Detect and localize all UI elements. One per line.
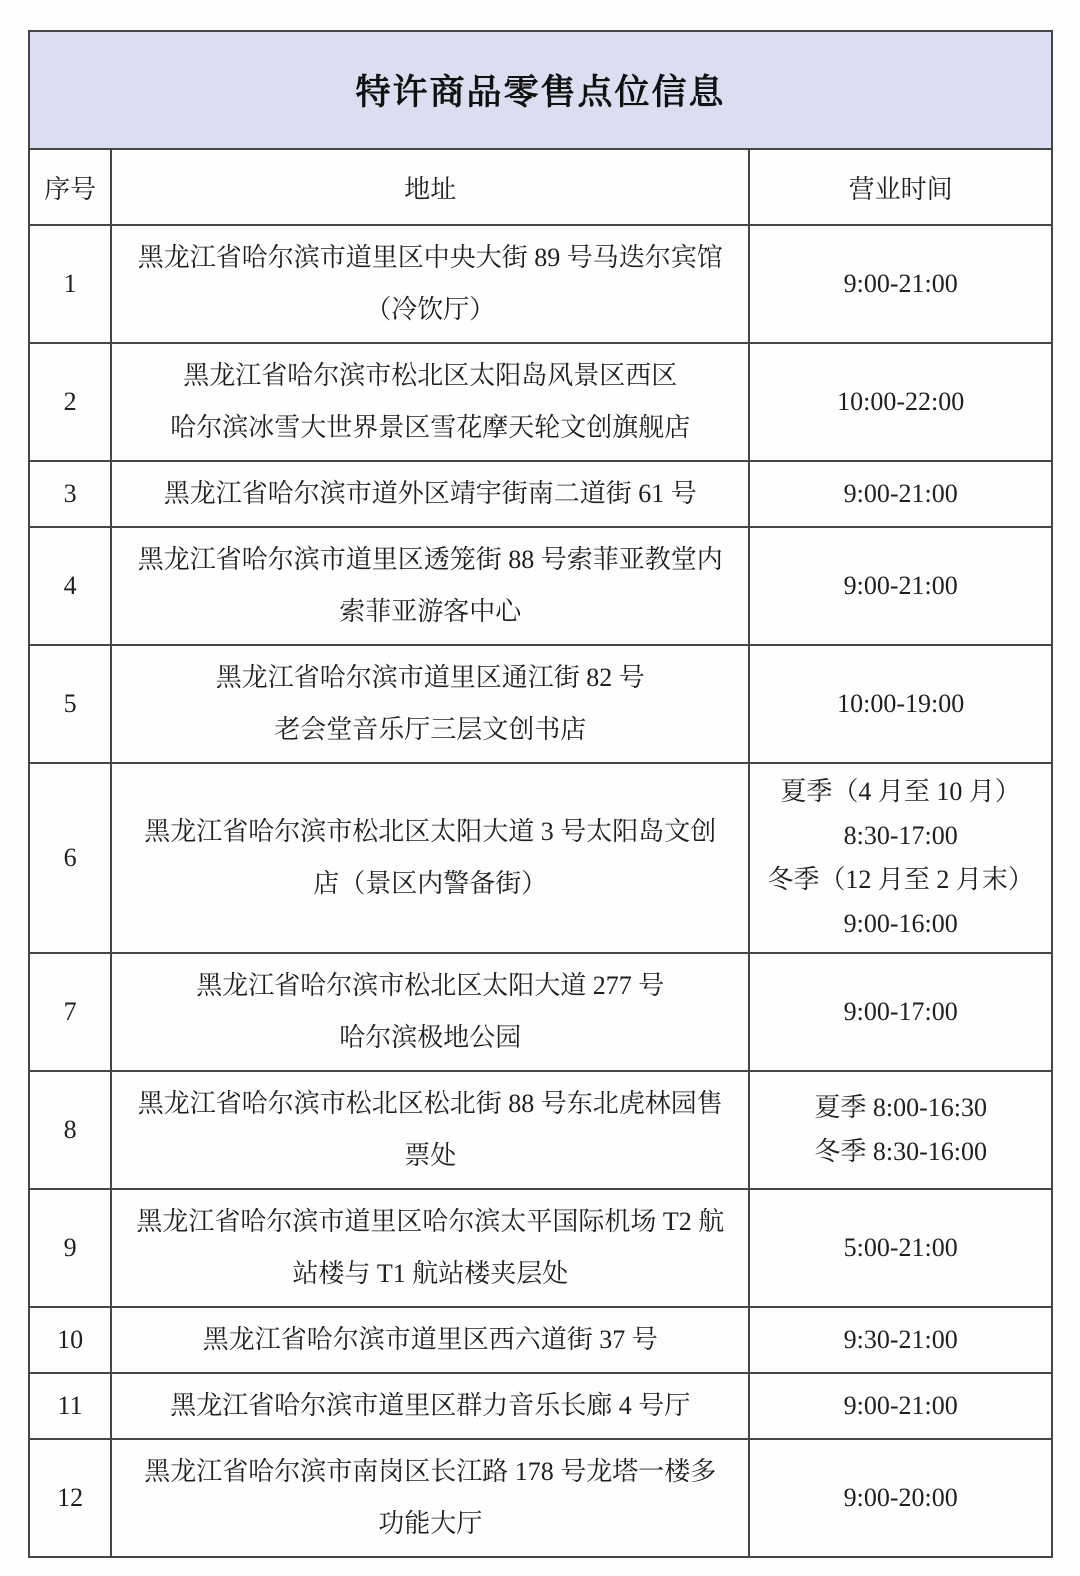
hours-line: 冬季（12 月至 2 月末） — [758, 858, 1043, 902]
row-number-cell: 9 — [29, 1189, 111, 1307]
table-row: 9黑龙江省哈尔滨市道里区哈尔滨太平国际机场 T2 航站楼与 T1 航站楼夹层处5… — [29, 1189, 1052, 1307]
column-header-address: 地址 — [111, 149, 749, 225]
address-cell: 黑龙江省哈尔滨市松北区太阳岛风景区西区哈尔滨冰雪大世界景区雪花摩天轮文创旗舰店 — [111, 343, 749, 461]
address-line: 店（景区内警备街） — [120, 858, 740, 910]
address-line: 黑龙江省哈尔滨市道外区靖宇街南二道街 61 号 — [120, 468, 740, 520]
address-line: 哈尔滨冰雪大世界景区雪花摩天轮文创旗舰店 — [120, 402, 740, 454]
hours-line: 10:00-19:00 — [758, 682, 1043, 726]
hours-cell: 9:00-17:00 — [749, 953, 1052, 1071]
hours-line: 冬季 8:30-16:00 — [758, 1130, 1043, 1174]
address-line: 黑龙江省哈尔滨市道里区通江街 82 号 — [120, 652, 740, 704]
hours-cell: 9:00-20:00 — [749, 1439, 1052, 1557]
hours-line: 9:00-21:00 — [758, 262, 1043, 306]
hours-line: 9:00-21:00 — [758, 1384, 1043, 1428]
address-cell: 黑龙江省哈尔滨市道里区群力音乐长廊 4 号厅 — [111, 1373, 749, 1439]
table-row: 5黑龙江省哈尔滨市道里区通江街 82 号老会堂音乐厅三层文创书店10:00-19… — [29, 645, 1052, 763]
hours-cell: 夏季（4 月至 10 月）8:30-17:00冬季（12 月至 2 月末）9:0… — [749, 763, 1052, 953]
hours-line: 夏季（4 月至 10 月） — [758, 770, 1043, 814]
address-line: 黑龙江省哈尔滨市道里区西六道街 37 号 — [120, 1314, 740, 1366]
page-title: 特许商品零售点位信息 — [29, 31, 1052, 149]
row-number-cell: 4 — [29, 527, 111, 645]
address-line: 老会堂音乐厅三层文创书店 — [120, 704, 740, 756]
address-line: 黑龙江省哈尔滨市松北区太阳大道 3 号太阳岛文创 — [120, 806, 740, 858]
hours-line: 9:30-21:00 — [758, 1318, 1043, 1362]
address-line: 索菲亚游客中心 — [120, 586, 740, 638]
row-number-cell: 11 — [29, 1373, 111, 1439]
address-line: 黑龙江省哈尔滨市南岗区长江路 178 号龙塔一楼多 — [120, 1446, 740, 1498]
address-cell: 黑龙江省哈尔滨市道里区哈尔滨太平国际机场 T2 航站楼与 T1 航站楼夹层处 — [111, 1189, 749, 1307]
hours-line: 9:00-16:00 — [758, 902, 1043, 946]
hours-cell: 9:00-21:00 — [749, 527, 1052, 645]
address-line: （冷饮厅） — [120, 284, 740, 336]
hours-line: 9:00-20:00 — [758, 1476, 1043, 1520]
address-line: 黑龙江省哈尔滨市道里区透笼街 88 号索菲亚教堂内 — [120, 534, 740, 586]
table-row: 6黑龙江省哈尔滨市松北区太阳大道 3 号太阳岛文创店（景区内警备街）夏季（4 月… — [29, 763, 1052, 953]
hours-line: 夏季 8:00-16:30 — [758, 1086, 1043, 1130]
column-header-row: 序号 地址 营业时间 — [29, 149, 1052, 225]
address-line: 功能大厅 — [120, 1498, 740, 1550]
hours-cell: 夏季 8:00-16:30冬季 8:30-16:00 — [749, 1071, 1052, 1189]
hours-cell: 10:00-22:00 — [749, 343, 1052, 461]
table-row: 10黑龙江省哈尔滨市道里区西六道街 37 号9:30-21:00 — [29, 1307, 1052, 1373]
table-row: 4黑龙江省哈尔滨市道里区透笼街 88 号索菲亚教堂内索菲亚游客中心9:00-21… — [29, 527, 1052, 645]
row-number-cell: 8 — [29, 1071, 111, 1189]
row-number-cell: 6 — [29, 763, 111, 953]
hours-line: 10:00-22:00 — [758, 380, 1043, 424]
column-header-hours: 营业时间 — [749, 149, 1052, 225]
address-cell: 黑龙江省哈尔滨市道里区西六道街 37 号 — [111, 1307, 749, 1373]
address-cell: 黑龙江省哈尔滨市松北区太阳大道 3 号太阳岛文创店（景区内警备街） — [111, 763, 749, 953]
address-line: 黑龙江省哈尔滨市松北区松北街 88 号东北虎林园售 — [120, 1078, 740, 1130]
hours-cell: 5:00-21:00 — [749, 1189, 1052, 1307]
address-line: 黑龙江省哈尔滨市道里区哈尔滨太平国际机场 T2 航 — [120, 1196, 740, 1248]
table-row: 3黑龙江省哈尔滨市道外区靖宇街南二道街 61 号9:00-21:00 — [29, 461, 1052, 527]
table-row: 11黑龙江省哈尔滨市道里区群力音乐长廊 4 号厅9:00-21:00 — [29, 1373, 1052, 1439]
table-row: 1黑龙江省哈尔滨市道里区中央大街 89 号马迭尔宾馆（冷饮厅）9:00-21:0… — [29, 225, 1052, 343]
address-cell: 黑龙江省哈尔滨市道里区中央大街 89 号马迭尔宾馆（冷饮厅） — [111, 225, 749, 343]
row-number-cell: 3 — [29, 461, 111, 527]
address-cell: 黑龙江省哈尔滨市道里区通江街 82 号老会堂音乐厅三层文创书店 — [111, 645, 749, 763]
hours-cell: 9:00-21:00 — [749, 1373, 1052, 1439]
table-row: 8黑龙江省哈尔滨市松北区松北街 88 号东北虎林园售票处夏季 8:00-16:3… — [29, 1071, 1052, 1189]
hours-line: 5:00-21:00 — [758, 1226, 1043, 1270]
address-cell: 黑龙江省哈尔滨市道外区靖宇街南二道街 61 号 — [111, 461, 749, 527]
hours-line: 9:00-21:00 — [758, 564, 1043, 608]
hours-cell: 9:00-21:00 — [749, 225, 1052, 343]
row-number-cell: 7 — [29, 953, 111, 1071]
row-number-cell: 1 — [29, 225, 111, 343]
table-row: 2黑龙江省哈尔滨市松北区太阳岛风景区西区哈尔滨冰雪大世界景区雪花摩天轮文创旗舰店… — [29, 343, 1052, 461]
title-row: 特许商品零售点位信息 — [29, 31, 1052, 149]
hours-line: 9:00-17:00 — [758, 990, 1043, 1034]
address-cell: 黑龙江省哈尔滨市南岗区长江路 178 号龙塔一楼多功能大厅 — [111, 1439, 749, 1557]
table-row: 7黑龙江省哈尔滨市松北区太阳大道 277 号哈尔滨极地公园9:00-17:00 — [29, 953, 1052, 1071]
hours-line: 9:00-21:00 — [758, 472, 1043, 516]
row-number-cell: 5 — [29, 645, 111, 763]
hours-cell: 9:00-21:00 — [749, 461, 1052, 527]
address-line: 黑龙江省哈尔滨市松北区太阳岛风景区西区 — [120, 350, 740, 402]
address-cell: 黑龙江省哈尔滨市道里区透笼街 88 号索菲亚教堂内索菲亚游客中心 — [111, 527, 749, 645]
column-header-no: 序号 — [29, 149, 111, 225]
address-line: 黑龙江省哈尔滨市道里区中央大街 89 号马迭尔宾馆 — [120, 232, 740, 284]
hours-cell: 9:30-21:00 — [749, 1307, 1052, 1373]
address-line: 哈尔滨极地公园 — [120, 1012, 740, 1064]
document-page: 特许商品零售点位信息 序号 地址 营业时间 1黑龙江省哈尔滨市道里区中央大街 8… — [0, 0, 1080, 1576]
address-line: 黑龙江省哈尔滨市道里区群力音乐长廊 4 号厅 — [120, 1380, 740, 1432]
hours-cell: 10:00-19:00 — [749, 645, 1052, 763]
row-number-cell: 10 — [29, 1307, 111, 1373]
retail-points-table: 特许商品零售点位信息 序号 地址 营业时间 1黑龙江省哈尔滨市道里区中央大街 8… — [28, 30, 1053, 1558]
row-number-cell: 2 — [29, 343, 111, 461]
address-line: 黑龙江省哈尔滨市松北区太阳大道 277 号 — [120, 960, 740, 1012]
hours-line: 8:30-17:00 — [758, 814, 1043, 858]
row-number-cell: 12 — [29, 1439, 111, 1557]
address-cell: 黑龙江省哈尔滨市松北区松北街 88 号东北虎林园售票处 — [111, 1071, 749, 1189]
address-line: 票处 — [120, 1130, 740, 1182]
address-cell: 黑龙江省哈尔滨市松北区太阳大道 277 号哈尔滨极地公园 — [111, 953, 749, 1071]
address-line: 站楼与 T1 航站楼夹层处 — [120, 1248, 740, 1300]
table-row: 12黑龙江省哈尔滨市南岗区长江路 178 号龙塔一楼多功能大厅9:00-20:0… — [29, 1439, 1052, 1557]
